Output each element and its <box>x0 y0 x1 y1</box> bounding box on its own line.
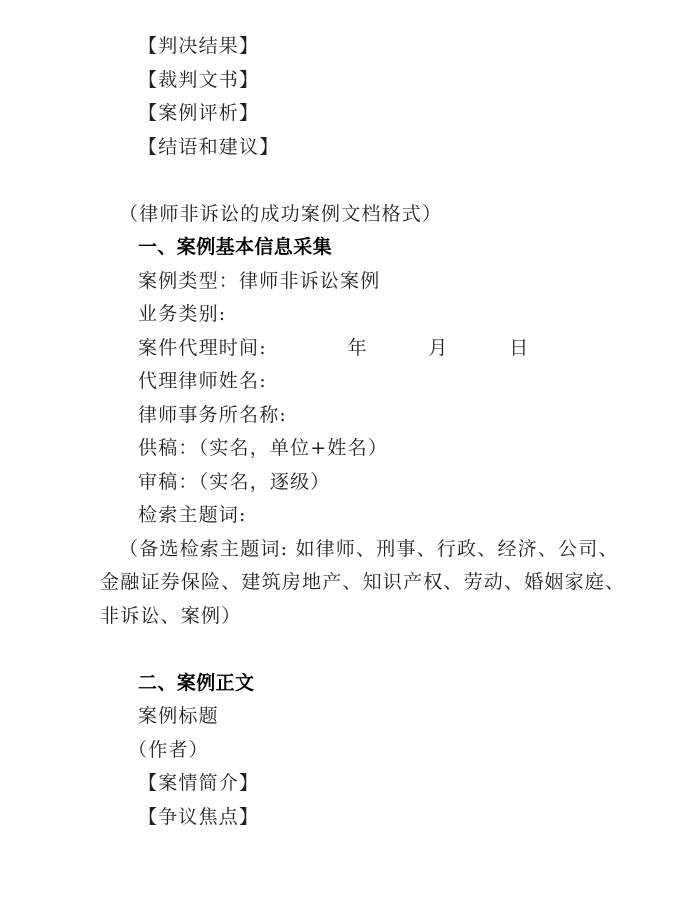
contributor-field: 供稿：（实名，单位+姓名） <box>100 432 615 466</box>
case-type-field: 案例类型：律师非诉讼案例 <box>100 265 615 299</box>
blank-line <box>100 633 615 667</box>
section-2-heading: 二、案例正文 <box>100 667 615 701</box>
business-category-field: 业务类别: <box>100 298 615 332</box>
law-firm-name-field: 律师事务所名称: <box>100 399 615 433</box>
document-page: 【判决结果】 【裁判文书】 【案例评析】 【结语和建议】 （律师非诉讼的成功案例… <box>0 0 700 923</box>
nonlitigation-format-note: （律师非诉讼的成功案例文档格式） <box>100 198 615 232</box>
section-1-heading: 一、案例基本信息采集 <box>100 231 615 265</box>
conclusion-suggestion-label: 【结语和建议】 <box>100 131 615 165</box>
judgment-document-label: 【裁判文书】 <box>100 64 615 98</box>
case-analysis-label: 【案例评析】 <box>100 97 615 131</box>
blank-line <box>100 164 615 198</box>
judgment-result-label: 【判决结果】 <box>100 30 615 64</box>
case-agency-date-field: 案件代理时间: 年 月 日 <box>100 332 615 366</box>
optional-keywords-note-line-1: （备选检索主题词: 如律师、刑事、行政、经济、公司、 <box>100 533 615 567</box>
document-body: 【判决结果】 【裁判文书】 【案例评析】 【结语和建议】 （律师非诉讼的成功案例… <box>0 0 700 834</box>
dispute-focus-label: 【争议焦点】 <box>100 801 615 835</box>
reviewer-field: 审稿：（实名，逐级） <box>100 466 615 500</box>
attorney-name-field: 代理律师姓名: <box>100 365 615 399</box>
case-title-placeholder: 案例标题 <box>100 700 615 734</box>
search-keywords-field: 检索主题词: <box>100 499 615 533</box>
optional-keywords-note-line-3: 非诉讼、案例） <box>100 600 615 634</box>
author-placeholder: （作者） <box>100 734 615 768</box>
optional-keywords-note-line-2: 金融证券保险、建筑房地产、知识产权、劳动、婚姻家庭、 <box>100 566 615 600</box>
case-brief-label: 【案情简介】 <box>100 767 615 801</box>
